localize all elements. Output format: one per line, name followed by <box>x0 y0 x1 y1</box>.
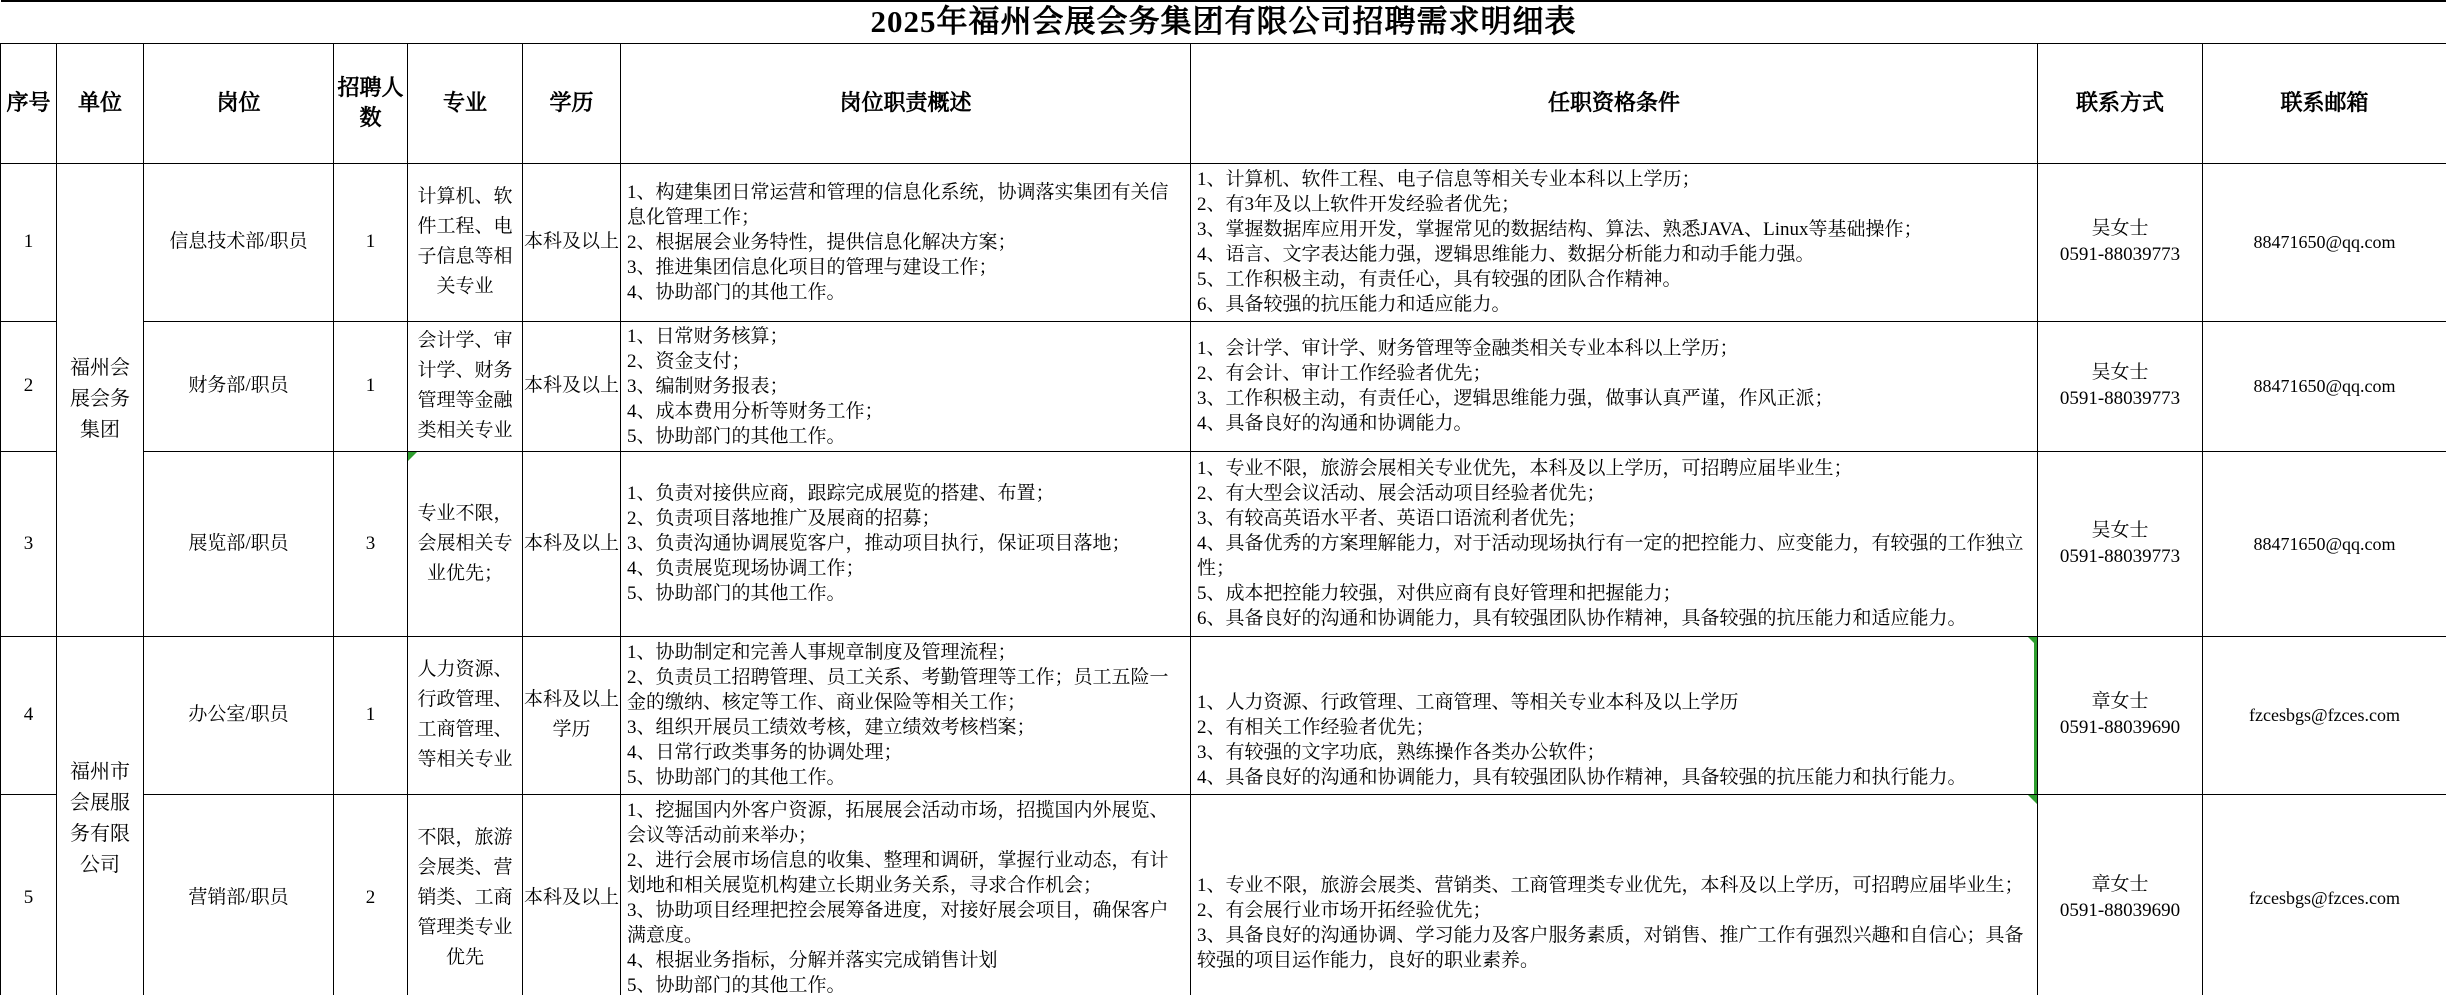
major-cell: 会计学、审计学、财务管理等金融类相关专业 <box>408 321 523 451</box>
unit-cell-group1: 福州会展会务集团 <box>57 163 144 636</box>
header-qualifications: 任职资格条件 <box>1191 43 2038 163</box>
major-text: 专业不限，会展相关专业优先； <box>417 503 512 584</box>
education-cell: 本科及以上 <box>523 451 621 636</box>
table-row: 5 营销部/职员 2 不限，旅游会展类、营销类、工商管理类专业优先 本科及以上 … <box>1 794 2446 995</box>
header-email: 联系邮箱 <box>2203 43 2446 163</box>
contact-name: 吴女士 <box>2040 216 2200 242</box>
table-row: 3 展览部/职员 3 专业不限，会展相关专业优先； 本科及以上 1、负责对接供应… <box>1 451 2446 636</box>
header-seq: 序号 <box>1 43 57 163</box>
qualifications-cell: 1、会计学、审计学、财务管理等金融类相关专业本科以上学历； 2、有会计、审计工作… <box>1191 321 2038 451</box>
seq-cell: 1 <box>1 163 57 321</box>
header-major: 专业 <box>408 43 523 163</box>
position-cell: 营销部/职员 <box>144 794 334 995</box>
green-flag-icon <box>408 452 417 461</box>
headcount-cell: 1 <box>334 163 408 321</box>
header-education: 学历 <box>523 43 621 163</box>
education-cell: 本科及以上 <box>523 321 621 451</box>
contact-phone: 0591-88039773 <box>2040 242 2200 268</box>
position-cell: 信息技术部/职员 <box>144 163 334 321</box>
contact-phone: 0591-88039773 <box>2040 386 2200 412</box>
duties-cell: 1、负责对接供应商，跟踪完成展览的搭建、布置； 2、负责项目落地推广及展商的招募… <box>621 451 1191 636</box>
contact-phone: 0591-88039690 <box>2040 715 2200 741</box>
major-cell: 人力资源、行政管理、工商管理、等相关专业 <box>408 636 523 794</box>
major-cell: 专业不限，会展相关专业优先； <box>408 451 523 636</box>
header-position: 岗位 <box>144 43 334 163</box>
contact-phone: 0591-88039773 <box>2040 544 2200 570</box>
header-unit: 单位 <box>57 43 144 163</box>
contact-cell: 章女士 0591-88039690 <box>2038 636 2203 794</box>
duties-cell: 1、挖掘国内外客户资源，拓展展会活动市场，招揽国内外展览、会议等活动前来举办； … <box>621 794 1191 995</box>
headcount-cell: 1 <box>334 636 408 794</box>
education-cell: 本科及以上 <box>523 794 621 995</box>
email-cell: fzcesbgs@fzces.com <box>2203 636 2446 794</box>
contact-name: 章女士 <box>2040 872 2200 898</box>
duties-cell: 1、协助制定和完善人事规章制度及管理流程； 2、负责员工招聘管理、员工关系、考勤… <box>621 636 1191 794</box>
seq-cell: 5 <box>1 794 57 995</box>
major-cell: 不限，旅游会展类、营销类、工商管理类专业优先 <box>408 794 523 995</box>
contact-cell: 吴女士 0591-88039773 <box>2038 451 2203 636</box>
contact-name: 章女士 <box>2040 689 2200 715</box>
table-row: 1 福州会展会务集团 信息技术部/职员 1 计算机、软件工程、电子信息等相关专业… <box>1 163 2446 321</box>
qualifications-cell: 1、专业不限，旅游会展相关专业优先，本科及以上学历，可招聘应届毕业生； 2、有大… <box>1191 451 2038 636</box>
contact-cell: 吴女士 0591-88039773 <box>2038 163 2203 321</box>
table-row: 4 福州市会展服务有限公司 办公室/职员 1 人力资源、行政管理、工商管理、等相… <box>1 636 2446 794</box>
qualifications-text: 1、人力资源、行政管理、工商管理、等相关专业本科及以上学历 2、有相关工作经验者… <box>1197 692 1967 788</box>
qualifications-text: 1、专业不限，旅游会展类、营销类、工商管理类专业优先，本科及以上学历，可招聘应届… <box>1197 875 2024 971</box>
seq-cell: 4 <box>1 636 57 794</box>
email-cell: fzcesbgs@fzces.com <box>2203 794 2446 995</box>
qualifications-cell: 1、人力资源、行政管理、工商管理、等相关专业本科及以上学历 2、有相关工作经验者… <box>1191 636 2038 794</box>
position-cell: 财务部/职员 <box>144 321 334 451</box>
major-cell: 计算机、软件工程、电子信息等相关专业 <box>408 163 523 321</box>
header-headcount: 招聘人数 <box>334 43 408 163</box>
unit-cell-group2: 福州市会展服务有限公司 <box>57 636 144 995</box>
education-cell: 本科及以上学历 <box>523 636 621 794</box>
education-cell: 本科及以上 <box>523 163 621 321</box>
seq-cell: 2 <box>1 321 57 451</box>
position-cell: 展览部/职员 <box>144 451 334 636</box>
contact-name: 吴女士 <box>2040 360 2200 386</box>
header-row: 序号 单位 岗位 招聘人数 专业 学历 岗位职责概述 任职资格条件 联系方式 联… <box>1 43 2446 163</box>
header-duties: 岗位职责概述 <box>621 43 1191 163</box>
green-flag-icon <box>2028 795 2037 804</box>
headcount-cell: 2 <box>334 794 408 995</box>
header-contact: 联系方式 <box>2038 43 2203 163</box>
email-cell: 88471650@qq.com <box>2203 163 2446 321</box>
seq-cell: 3 <box>1 451 57 636</box>
contact-cell: 章女士 0591-88039690 <box>2038 794 2203 995</box>
headcount-cell: 3 <box>334 451 408 636</box>
contact-cell: 吴女士 0591-88039773 <box>2038 321 2203 451</box>
duties-cell: 1、构建集团日常运营和管理的信息化系统，协调落实集团有关信息化管理工作； 2、根… <box>621 163 1191 321</box>
page-title: 2025年福州会展会务集团有限公司招聘需求明细表 <box>1 1 2446 43</box>
email-cell: 88471650@qq.com <box>2203 321 2446 451</box>
qualifications-cell: 1、专业不限，旅游会展类、营销类、工商管理类专业优先，本科及以上学历，可招聘应届… <box>1191 794 2038 995</box>
email-cell: 88471650@qq.com <box>2203 451 2446 636</box>
table-row: 2 财务部/职员 1 会计学、审计学、财务管理等金融类相关专业 本科及以上 1、… <box>1 321 2446 451</box>
duties-cell: 1、日常财务核算； 2、资金支付； 3、编制财务报表； 4、成本费用分析等财务工… <box>621 321 1191 451</box>
position-cell: 办公室/职员 <box>144 636 334 794</box>
qualifications-cell: 1、计算机、软件工程、电子信息等相关专业本科以上学历； 2、有3年及以上软件开发… <box>1191 163 2038 321</box>
headcount-cell: 1 <box>334 321 408 451</box>
recruitment-table: 2025年福州会展会务集团有限公司招聘需求明细表 序号 单位 岗位 招聘人数 专… <box>0 0 2446 995</box>
contact-name: 吴女士 <box>2040 518 2200 544</box>
green-flag-icon <box>2028 637 2037 646</box>
contact-phone: 0591-88039690 <box>2040 898 2200 924</box>
